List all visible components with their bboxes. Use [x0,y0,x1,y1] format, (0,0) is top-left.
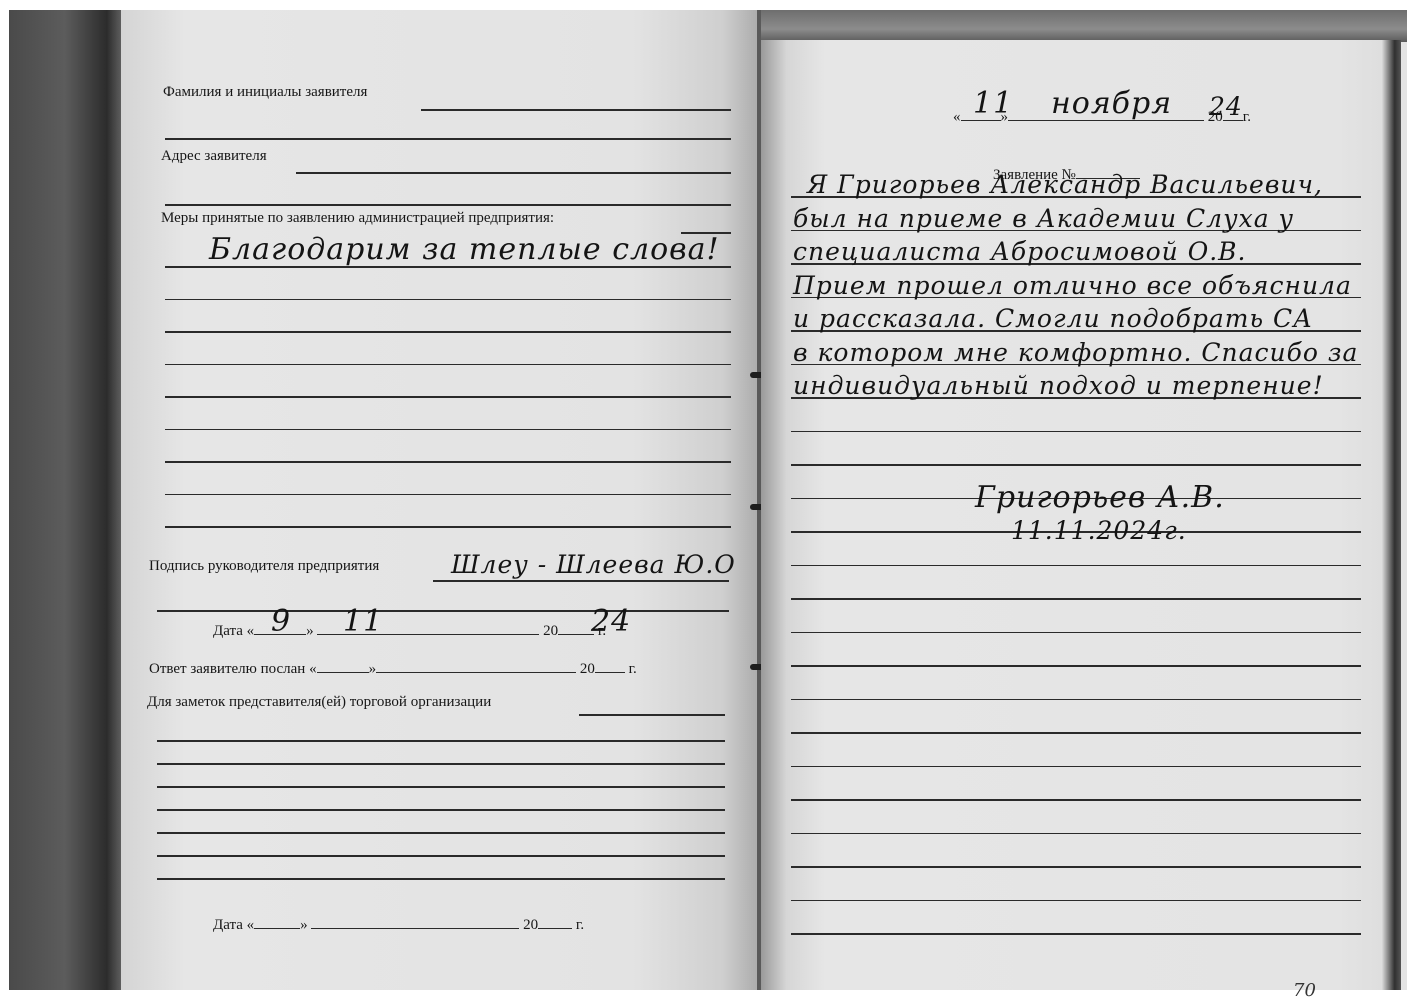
measures-line-1 [165,266,731,268]
manager-signature-line [433,580,729,582]
header-date-day: 11 [973,86,1013,121]
statement-line-14 [791,632,1361,634]
measures-line-4 [165,364,731,366]
statement-line-12 [791,565,1361,567]
answer-sent-quote-close: » [369,661,377,677]
statement-line-13 [791,598,1361,600]
header-date-year: 24 [1209,92,1243,121]
notes-line-3 [157,786,725,788]
statement-handwritten-line: в котором мне комфортно. Спасибо за [793,338,1358,367]
measures-line-9 [165,526,731,528]
manager-signature-label: Подпись руководителя предприятия [149,558,379,575]
measures-line-6 [165,429,731,431]
notes-line-1 [157,740,725,742]
applicant-address-line [296,172,731,174]
date-year-prefix: 20 [543,623,558,639]
notes-label: Для заметок представителя(ей) торговой о… [147,694,491,711]
statement-line-8 [791,431,1361,433]
statement-handwritten-line: был на приеме в Академии Слуха у [793,204,1294,233]
statement-line-19 [791,799,1361,801]
bottom-year-unit: г. [576,917,584,933]
applicant-name-line-2 [165,138,731,140]
statement-handwritten-line: индивидуальный подход и терпение! [793,371,1324,400]
statement-line-16 [791,699,1361,701]
page-number: 70 [1293,980,1316,1000]
header-year-unit: г. [1243,109,1251,125]
notes-line-7 [157,878,725,880]
statement-handwritten-line: и рассказала. Смогли подобрать СА [793,304,1313,333]
statement-line-21 [791,866,1361,868]
bottom-date-label: Дата «» 20 г. [213,914,584,934]
answer-year-unit: г. [629,661,637,677]
statement-handwritten-line: Я Григорьев Александр Васильевич, [807,170,1323,199]
answer-sent-label: Ответ заявителю послан «» 20 г. [149,658,637,678]
response-date-month: 11 [343,604,383,639]
statement-line-18 [791,766,1361,768]
applicant-signature-date: 11.11.2024г. [1011,516,1187,545]
scanned-book-spread: Фамилия и инициалы заявителя Адрес заяви… [9,10,1407,990]
page-top-edge [761,10,1407,42]
bottom-date-quote-close: » [300,917,308,933]
applicant-name-line [421,109,731,111]
statement-handwritten-line: Прием прошел отлично все объяснила [793,271,1352,300]
left-page: Фамилия и инициалы заявителя Адрес заяви… [121,10,761,990]
date-quote-close: » [306,623,314,639]
applicant-signature-name: Григорьев А.В. [975,480,1225,515]
date-label: Дата « [213,623,254,639]
statement-line-23 [791,933,1361,935]
statement-line-20 [791,833,1361,835]
answer-sent-text: Ответ заявителю послан « [149,661,317,677]
right-page: «» 20г. 11 ноября 24 Заявление № Я Григо… [761,40,1401,990]
notes-line-5 [157,832,725,834]
measures-line-3 [165,331,731,333]
response-date-day: 9 [271,604,291,639]
notes-line-4 [157,809,725,811]
bottom-year-prefix: 20 [523,917,538,933]
response-date-year: 24 [591,604,631,639]
measures-handwritten: Благодарим за теплые слова! [209,232,720,267]
manager-signature: Шлеу - Шлеева Ю.О [451,550,736,579]
applicant-address-label: Адрес заявителя [161,148,267,165]
measures-line-8 [165,494,731,496]
measures-line-5 [165,396,731,398]
header-date-open: « [953,109,961,125]
statement-line-15 [791,665,1361,667]
measures-label: Меры принятые по заявлению администрацие… [161,210,554,227]
notes-line-6 [157,855,725,857]
notes-line-0 [579,714,725,716]
measures-line-7 [165,461,731,463]
applicant-address-line-2 [165,204,731,206]
manager-signature-line-2 [157,610,729,612]
statement-handwritten-line: специалиста Абросимовой О.В. [793,237,1246,266]
notes-line-2 [157,763,725,765]
header-date-month: ноября [1051,86,1172,121]
answer-year-prefix: 20 [580,661,595,677]
applicant-name-label: Фамилия и инициалы заявителя [163,84,367,101]
statement-line-9 [791,464,1361,466]
statement-line-17 [791,732,1361,734]
measures-line-2 [165,299,731,301]
bottom-date-text: Дата « [213,917,254,933]
statement-line-22 [791,900,1361,902]
